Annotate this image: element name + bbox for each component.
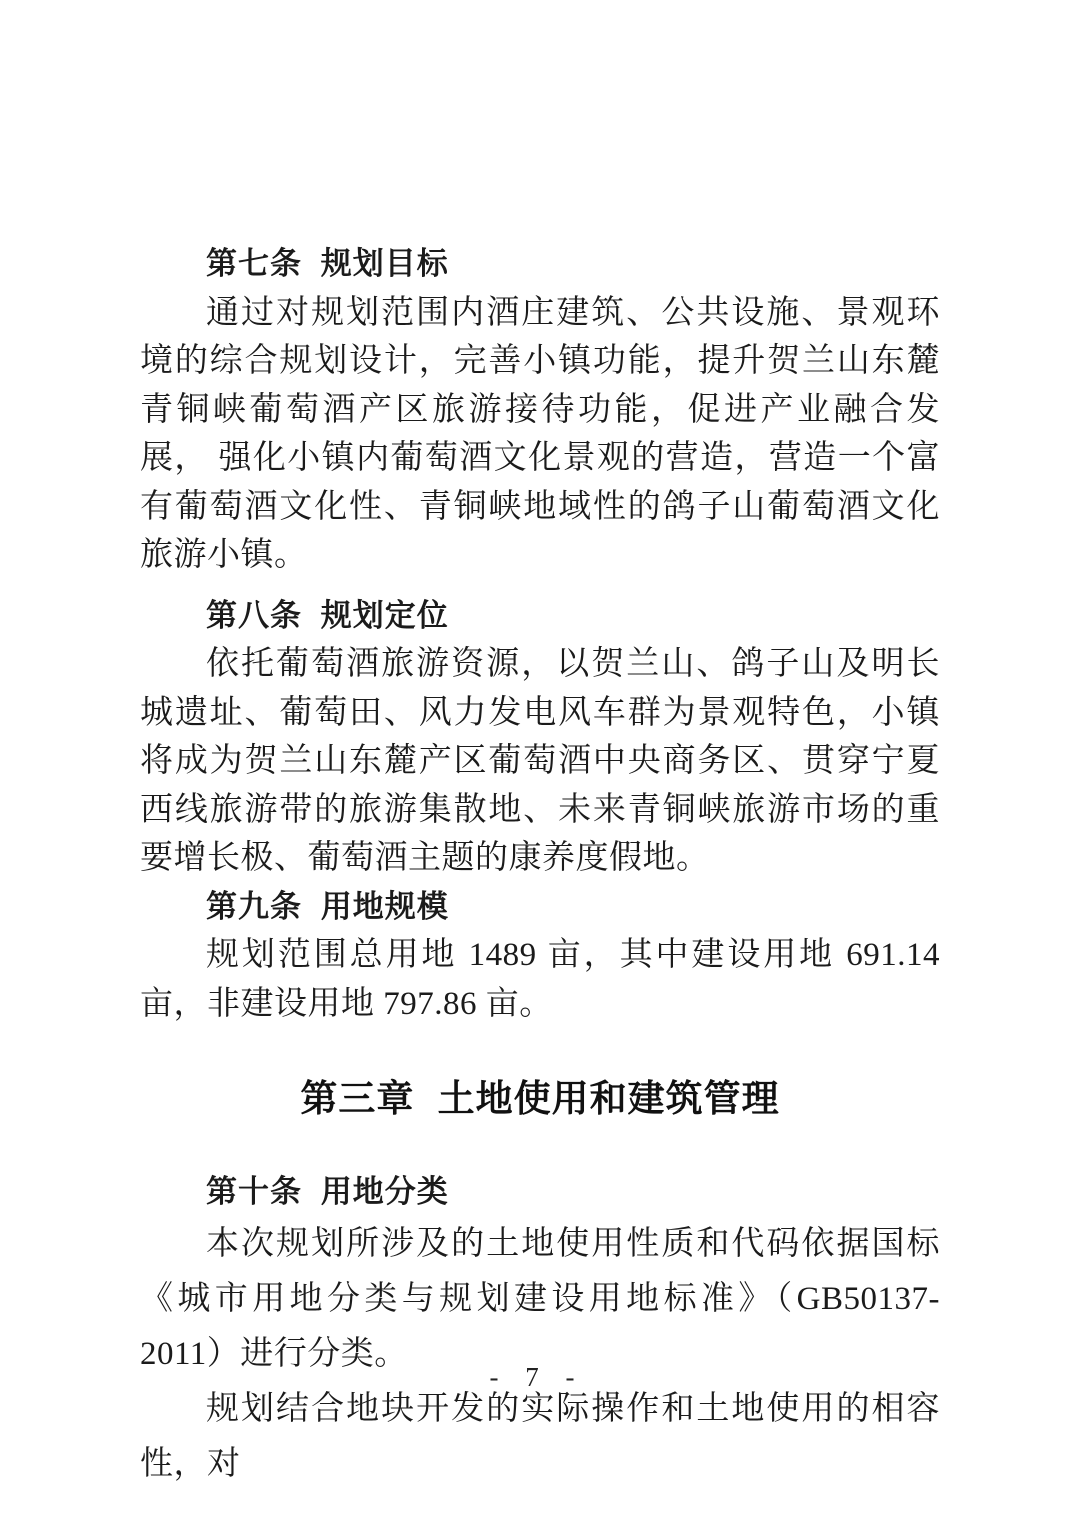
article-8: 第八条 规划定位 依托葡萄酒旅游资源，以贺兰山、鸽子山及明长城遗址、葡萄田、风力… bbox=[140, 592, 940, 883]
article-7-heading: 第七条 规划目标 bbox=[140, 240, 940, 289]
article-10: 第十条 用地分类 本次规划所涉及的土地使用性质和代码依据国标《城市用地分类与规划… bbox=[140, 1168, 940, 1492]
page-footer: - 7 - bbox=[0, 1362, 1074, 1393]
article-9-paragraph: 规划范围总用地 1489 亩，其中建设用地 691.14 亩，非建设用地 797… bbox=[140, 931, 940, 1028]
chapter-3-heading: 第三章 土地使用和建筑管理 bbox=[140, 1068, 940, 1130]
article-10-heading: 第十条 用地分类 bbox=[140, 1168, 940, 1217]
article-7: 第七条 规划目标 通过对规划范围内酒庄建筑、公共设施、景观环境的综合规划设计，完… bbox=[140, 240, 940, 580]
article-7-paragraph: 通过对规划范围内酒庄建筑、公共设施、景观环境的综合规划设计，完善小镇功能，提升贺… bbox=[140, 289, 940, 580]
article-10-paragraph-1: 本次规划所涉及的土地使用性质和代码依据国标《城市用地分类与规划建设用地标准》（G… bbox=[140, 1217, 940, 1382]
page-number: - 7 - bbox=[490, 1362, 585, 1392]
document-content: 第七条 规划目标 通过对规划范围内酒庄建筑、公共设施、景观环境的综合规划设计，完… bbox=[140, 240, 940, 1492]
article-9: 第九条 用地规模 规划范围总用地 1489 亩，其中建设用地 691.14 亩，… bbox=[140, 883, 940, 1029]
article-8-heading: 第八条 规划定位 bbox=[140, 592, 940, 641]
document-page: 第七条 规划目标 通过对规划范围内酒庄建筑、公共设施、景观环境的综合规划设计，完… bbox=[0, 0, 1074, 1520]
article-8-paragraph: 依托葡萄酒旅游资源，以贺兰山、鸽子山及明长城遗址、葡萄田、风力发电风车群为景观特… bbox=[140, 640, 940, 883]
article-9-heading: 第九条 用地规模 bbox=[140, 883, 940, 932]
article-10-paragraph-2: 规划结合地块开发的实际操作和土地使用的相容性，对 bbox=[140, 1382, 940, 1492]
